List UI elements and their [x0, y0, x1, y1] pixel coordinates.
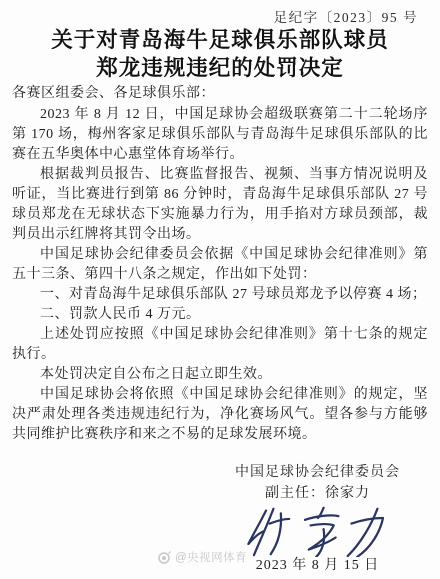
paragraph: 上述处罚应按照《中国足球协会纪律准则》第十七条的规定执行。 — [12, 325, 428, 365]
watermark: @央视网体育 — [157, 549, 247, 565]
document-title-line2: 郑龙违规违纪的处罚决定 — [0, 54, 440, 82]
paragraph: 中国足球协会纪律委员会依据《中国足球协会纪律准则》第五十三条、第四十八条之规定，… — [12, 245, 428, 285]
document-title-line1: 关于对青岛海牛足球俱乐部队球员 — [0, 26, 440, 54]
signoff-date: 2023 年 8 月 15 日 — [256, 557, 380, 575]
watermark-logo-icon — [157, 550, 172, 565]
scanned-document-page: 足纪字〔2023〕95 号 关于对青岛海牛足球俱乐部队球员 郑龙违规违纪的处罚决… — [0, 0, 440, 579]
signoff-deputy-director: 副主任：徐家力 — [265, 483, 370, 504]
paragraph: 根据裁判员报告、比赛监督报告、视频、当事方情况说明及听证，当比赛进行到第 86 … — [12, 165, 428, 245]
paragraph: 二、罚款人民币 4 万元。 — [12, 305, 428, 325]
paragraph: 2023 年 8 月 12 日，中国足球协会超级联赛第二十二轮场序第 170 场… — [12, 105, 428, 165]
document-body: 各赛区组委会、各足球俱乐部： 2023 年 8 月 12 日，中国足球协会超级联… — [12, 84, 428, 445]
doc-number: 足纪字〔2023〕95 号 — [274, 6, 418, 26]
paragraph: 中国足球协会将依照《中国足球协会纪律准则》的规定，坚决严肃处理各类违规违纪行为，… — [12, 385, 428, 445]
salutation: 各赛区组委会、各足球俱乐部： — [12, 84, 428, 104]
document-title: 关于对青岛海牛足球俱乐部队球员 郑龙违规违纪的处罚决定 — [0, 26, 440, 82]
watermark-text: @央视网体育 — [175, 549, 247, 565]
signoff-block: 中国足球协会纪律委员会 副主任：徐家力 2023 年 8 月 15 日 — [235, 462, 400, 575]
handwritten-signature — [242, 505, 394, 557]
paragraph: 本处罚决定自公布之日起立即生效。 — [12, 365, 428, 385]
signoff-org: 中国足球协会纪律委员会 — [235, 462, 400, 483]
paragraph: 一、对青岛海牛足球俱乐部队 27 号球员郑龙予以停赛 4 场； — [12, 285, 428, 305]
